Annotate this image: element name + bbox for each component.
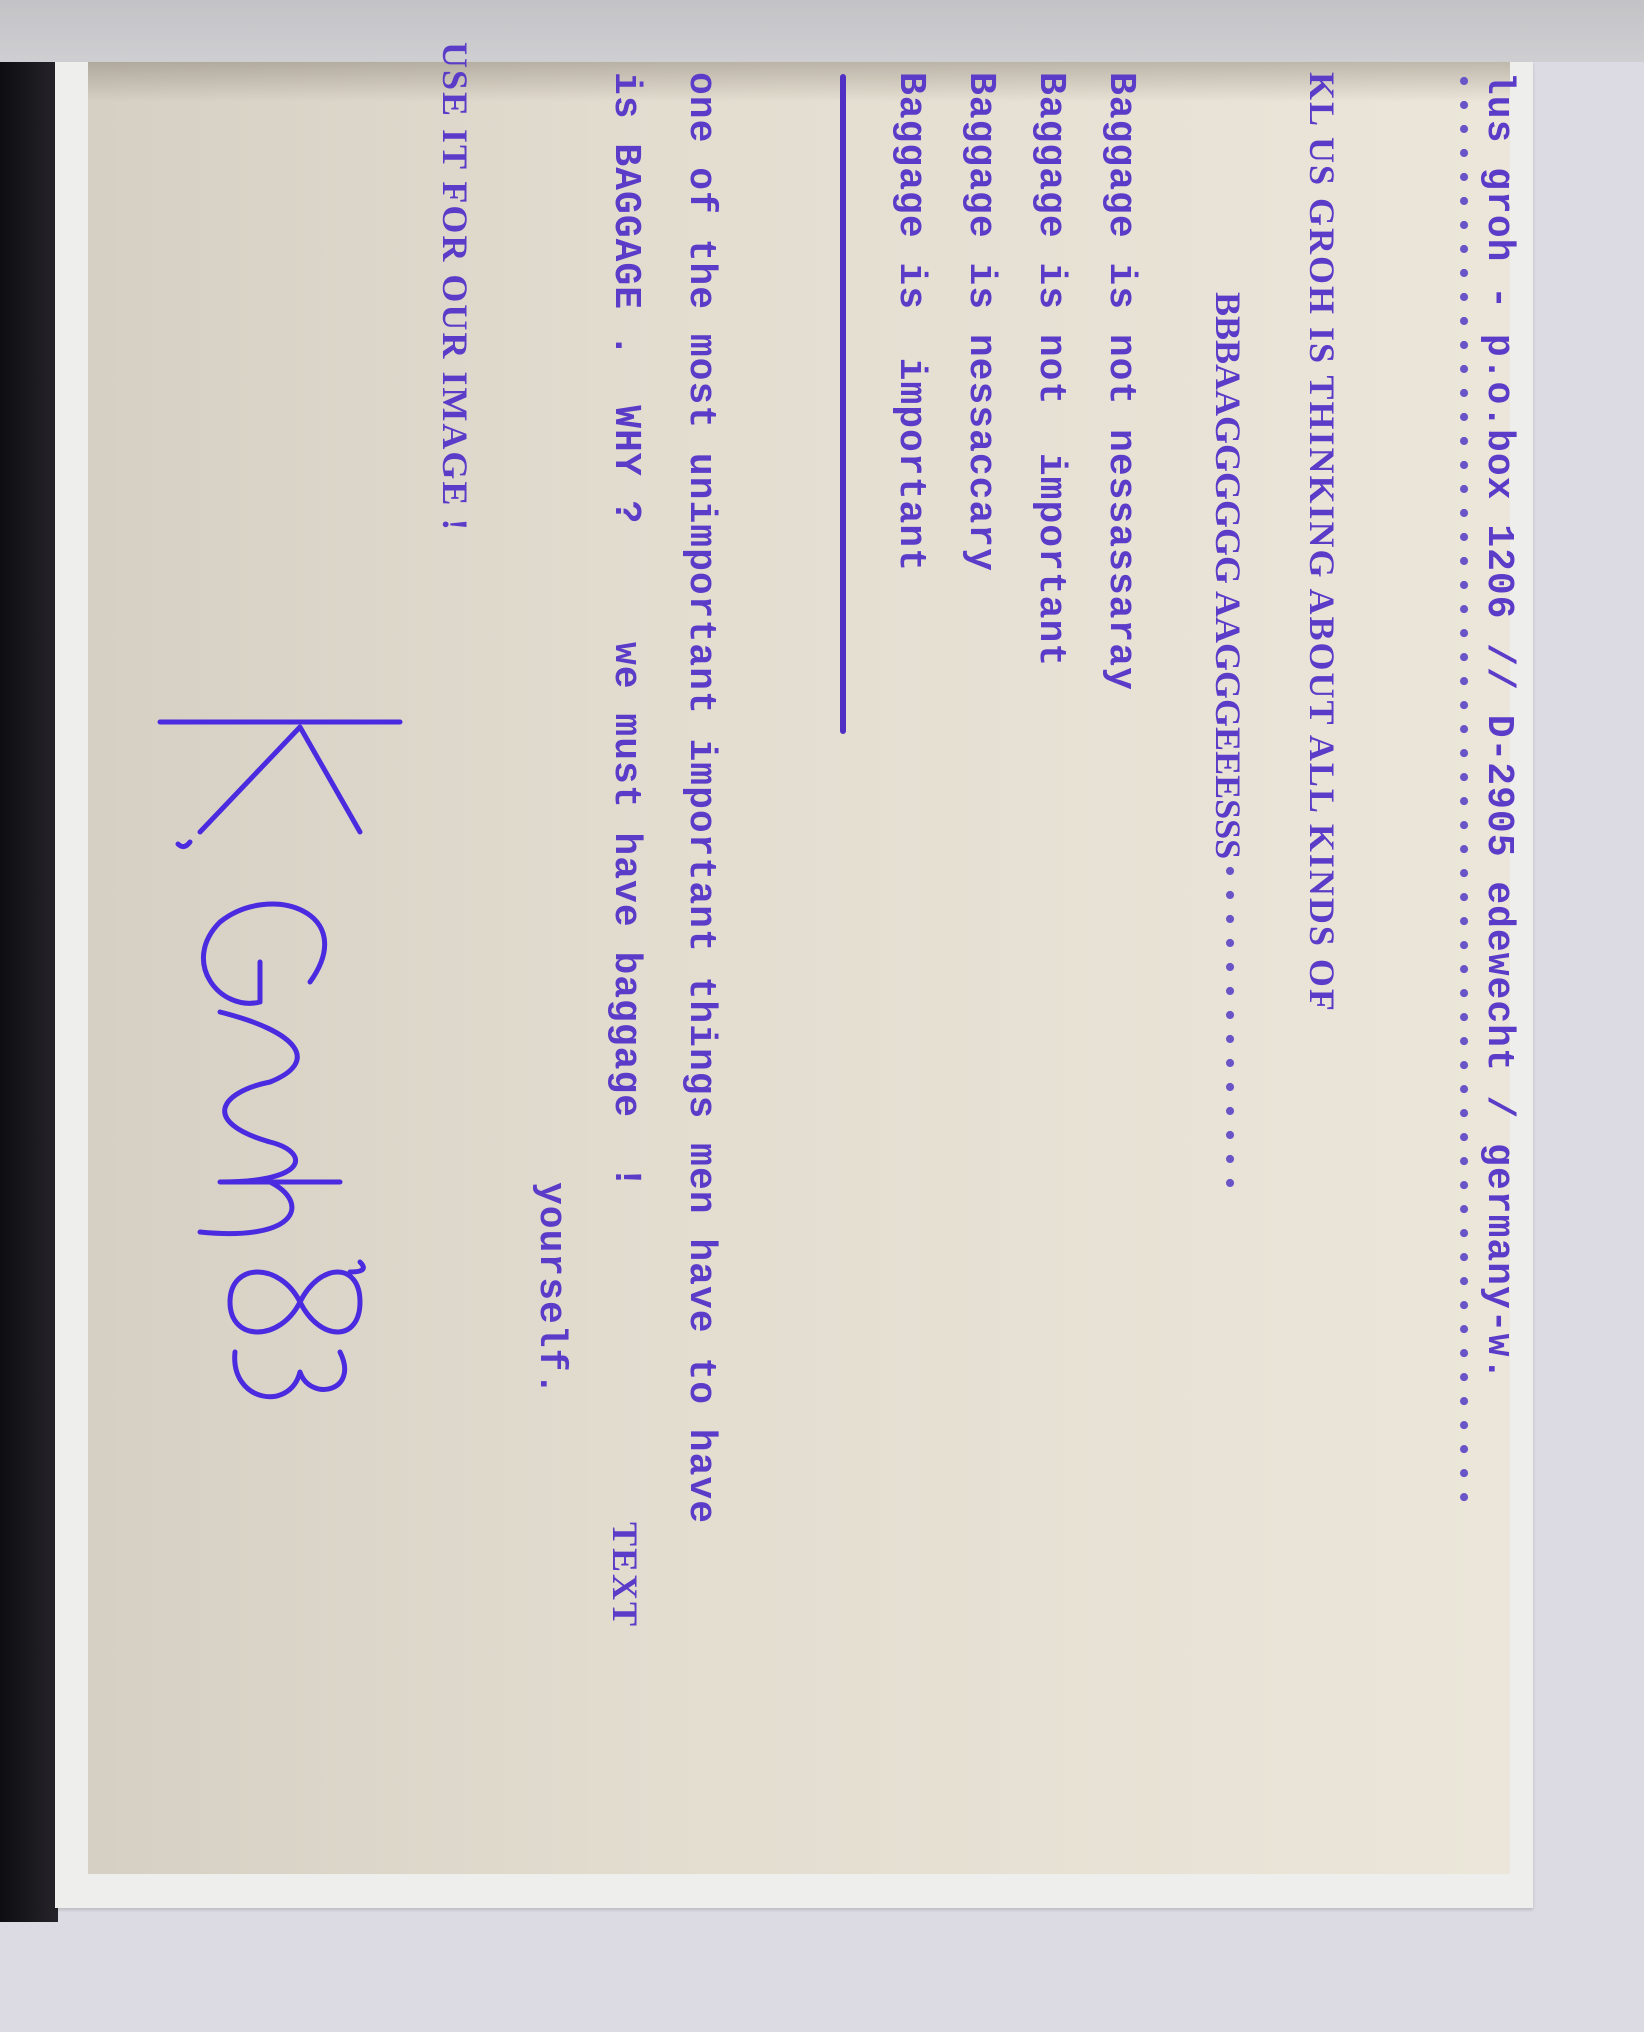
horizontal-rule [840, 74, 846, 734]
header-dotted-separator: ••••••••••••••••••••••••••••••••••••••••… [1444, 72, 1478, 1512]
baggage-line-4: Baggage is important [890, 72, 930, 572]
handwritten-signature [135, 682, 420, 1402]
baggage-line-1: Baggage is not nessassaray [1100, 72, 1140, 691]
background-top-strip [0, 0, 1644, 62]
typewritten-note: lus groh - p.o.box 1206 // D-2905 edewec… [88, 62, 1510, 1874]
header-address: lus groh - p.o.box 1206 // D-2905 edewec… [1478, 72, 1518, 1381]
paragraph-line-2a: is BAGGAGE . WHY ? [605, 72, 645, 524]
paragraph-line-3: yourself. [530, 1182, 570, 1396]
rotated-content: lus groh - p.o.box 1206 // D-2905 edewec… [88, 62, 1510, 1874]
paragraph-line-2c: TEXT [605, 1522, 645, 1628]
background-left-shadow [0, 62, 58, 1922]
intro-line-2: BBBAAGGGGGG AAGGGEEESSS [1208, 292, 1248, 859]
paragraph-line-2b: we must have baggage ! [605, 642, 645, 1190]
intro-dots: •••••••••••••• [1210, 862, 1244, 1198]
baggage-line-2: Baggage is not important [1030, 72, 1070, 667]
intro-line-1: KL US GROH IS THINKING ABOUT ALL KINDS O… [1302, 72, 1342, 1013]
paragraph-line-1: one of the most unimportant important th… [680, 72, 720, 1524]
closing-line: USE IT FOR OUR IMAGE ! [435, 42, 475, 532]
baggage-line-3: Baggage is nessaccary [960, 72, 1000, 572]
